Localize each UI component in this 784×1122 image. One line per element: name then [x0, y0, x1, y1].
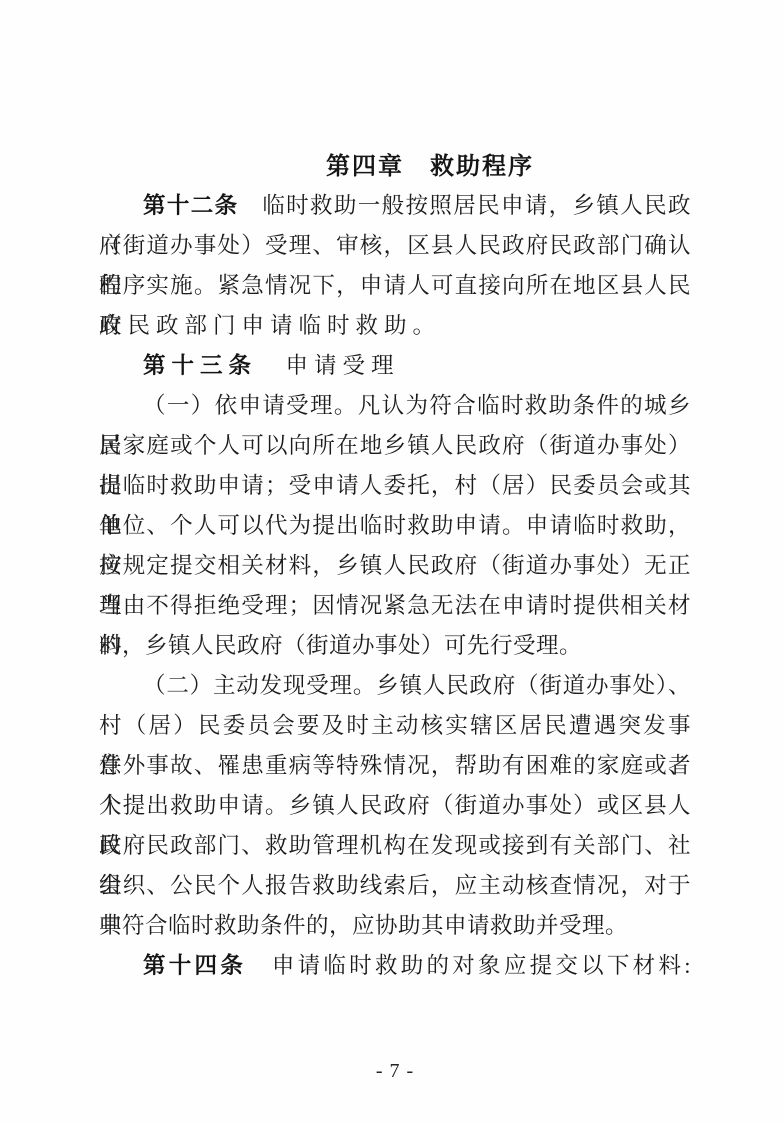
text-line: 人提出救助申请。乡镇人民政府（街道办事处）或区县人民 — [99, 786, 691, 826]
text-line: 意外事故、罹患重病等特殊情况，帮助有困难的家庭或者个 — [99, 746, 691, 786]
text-line: 第十二条 临时救助一般按照居民申请，乡镇人民政府 — [99, 186, 691, 226]
text-line: 程序实施。紧急情况下，申请人可直接向所在地区县人民政 — [99, 266, 691, 306]
text-line: 民家庭或个人可以向所在地乡镇人民政府（街道办事处）提 — [99, 426, 691, 466]
text-line: 村（居）民委员会要及时主动核实辖区居民遭遇突发事件、 — [99, 706, 691, 746]
text-line: （一）依申请受理。凡认为符合临时救助条件的城乡居 — [99, 386, 691, 426]
text-line: 中符合临时救助条件的，应协助其申请救助并受理。 — [99, 906, 691, 946]
article-number: 第十二条 — [143, 193, 238, 218]
text-line: 政府民政部门、救助管理机构在发现或接到有关部门、社会 — [99, 826, 691, 866]
text-line: 出临时救助申请；受申请人委托，村（居）民委员会或其他 — [99, 466, 691, 506]
document-body: 第十二条 临时救助一般按照居民申请，乡镇人民政府（街道办事处）受理、审核，区县人… — [99, 186, 691, 986]
text-line: 府民政部门申请临时救助。 — [99, 306, 691, 346]
document-content: 第四章 救助程序 第十二条 临时救助一般按照居民申请，乡镇人民政府（街道办事处）… — [99, 152, 691, 986]
article-number: 第十三条 — [143, 353, 257, 378]
article-number: 第十四条 — [143, 953, 246, 978]
text-line: （街道办事处）受理、审核，区县人民政府民政部门确认的 — [99, 226, 691, 266]
text-line: 按规定提交相关材料，乡镇人民政府（街道办事处）无正当 — [99, 546, 691, 586]
chapter-heading: 第四章 救助程序 — [99, 152, 691, 186]
text-line: 第十三条 申请受理 — [99, 346, 691, 386]
text-line: 理由不得拒绝受理；因情况紧急无法在申请时提供相关材料 — [99, 586, 691, 626]
text-line: （二）主动发现受理。乡镇人民政府（街道办事处）、 — [99, 666, 691, 706]
text-line: 组织、公民个人报告救助线索后，应主动核查情况，对于其 — [99, 866, 691, 906]
page-number: - 7 - — [99, 1056, 691, 1086]
text-line: 第十四条 申请临时救助的对象应提交以下材料: — [99, 946, 691, 986]
text-line: 的，乡镇人民政府（街道办事处）可先行受理。 — [99, 626, 691, 666]
text-line: 单位、个人可以代为提出临时救助申请。申请临时救助，应 — [99, 506, 691, 546]
scanned-document-page: 第四章 救助程序 第十二条 临时救助一般按照居民申请，乡镇人民政府（街道办事处）… — [0, 0, 784, 1122]
